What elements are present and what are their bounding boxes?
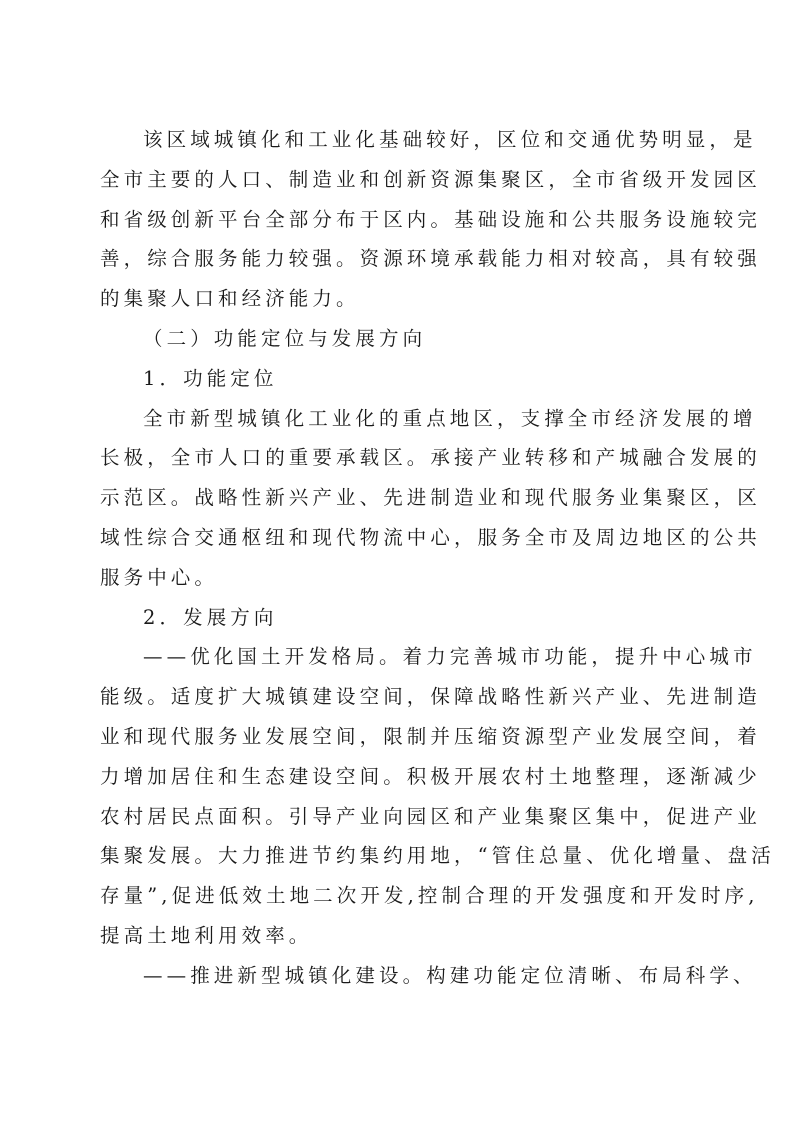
subheading-development-direction: 2．发展方向 bbox=[100, 598, 692, 638]
text-line: 提高土地利用效率。 bbox=[100, 916, 692, 956]
text-line: 和省级创新平台全部分布于区内。基础设施和公共服务设施较完 bbox=[100, 200, 692, 240]
text-line: 全市新型城镇化工业化的重点地区，支撑全市经济发展的增 bbox=[100, 399, 692, 439]
text-line: 服务中心。 bbox=[100, 558, 692, 598]
text-line: 全市主要的人口、制造业和创新资源集聚区，全市省级开发园区 bbox=[100, 160, 692, 200]
paragraph-optimize-land-development: ——优化国土开发格局。着力完善城市功能，提升中心城市 能级。适度扩大城镇建设空间… bbox=[100, 637, 692, 955]
subheading-text: 2．发展方向 bbox=[100, 598, 692, 638]
text-line: 域性综合交通枢纽和现代物流中心，服务全市及周边地区的公共 bbox=[100, 518, 692, 558]
text-line: 善，综合服务能力较强。资源环境承载能力相对较高，具有较强 bbox=[100, 239, 692, 279]
text-line: 该区域城镇化和工业化基础较好，区位和交通优势明显，是 bbox=[100, 120, 692, 160]
paragraph-regional-overview: 该区域城镇化和工业化基础较好，区位和交通优势明显，是 全市主要的人口、制造业和创… bbox=[100, 120, 692, 319]
subheading-function-positioning: 1．功能定位 bbox=[100, 359, 692, 399]
section-heading: （二）功能定位与发展方向 bbox=[100, 319, 692, 359]
text-line: 长极，全市人口的重要承载区。承接产业转移和产城融合发展的 bbox=[100, 438, 692, 478]
text-line: ——推进新型城镇化建设。构建功能定位清晰、布局科学、 bbox=[100, 956, 692, 996]
text-line: 能级。适度扩大城镇建设空间，保障战略性新兴产业、先进制造 bbox=[100, 677, 692, 717]
text-line: 农村居民点面积。引导产业向园区和产业集聚区集中，促进产业 bbox=[100, 797, 692, 837]
text-line: 示范区。战略性新兴产业、先进制造业和现代服务业集聚区，区 bbox=[100, 478, 692, 518]
heading-text: （二）功能定位与发展方向 bbox=[100, 319, 692, 359]
text-line: 存量”,促进低效土地二次开发,控制合理的开发强度和开发时序, bbox=[100, 876, 692, 916]
text-line: 业和现代服务业发展空间，限制并压缩资源型产业发展空间，着 bbox=[100, 717, 692, 757]
document-body: 该区域城镇化和工业化基础较好，区位和交通优势明显，是 全市主要的人口、制造业和创… bbox=[100, 120, 692, 996]
paragraph-new-urbanization: ——推进新型城镇化建设。构建功能定位清晰、布局科学、 bbox=[100, 956, 692, 996]
text-line: 集聚发展。大力推进节约集约用地，“管住总量、优化增量、盘活 bbox=[100, 836, 692, 876]
text-line: 力增加居住和生态建设空间。积极开展农村土地整理，逐渐减少 bbox=[100, 757, 692, 797]
paragraph-function-positioning: 全市新型城镇化工业化的重点地区，支撑全市经济发展的增 长极，全市人口的重要承载区… bbox=[100, 399, 692, 598]
text-line: 的集聚人口和经济能力。 bbox=[100, 279, 692, 319]
text-line: ——优化国土开发格局。着力完善城市功能，提升中心城市 bbox=[100, 637, 692, 677]
document-page: 该区域城镇化和工业化基础较好，区位和交通优势明显，是 全市主要的人口、制造业和创… bbox=[0, 0, 793, 1122]
subheading-text: 1．功能定位 bbox=[100, 359, 692, 399]
